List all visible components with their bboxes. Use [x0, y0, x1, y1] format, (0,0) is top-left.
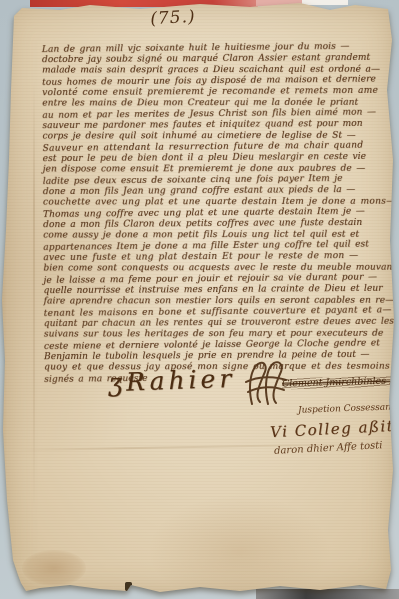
signature-witness-overwritten: Clement Jmirchbinles Boyn [282, 376, 392, 390]
manuscript-body: Lan de gran mill vjc soixante huit le hu… [42, 42, 389, 385]
ink-blot [125, 582, 132, 591]
signature-principal: ʒRahier [108, 364, 236, 397]
page-number: (75.) [138, 6, 209, 30]
manuscript-photo: (75.) Lan de gran mill vjc soixante huit… [0, 0, 399, 599]
manuscript-sheet: (75.) Lan de gran mill vjc soixante huit… [0, 0, 399, 599]
signature-witness-2: Juspetion Cossessants [298, 402, 399, 416]
signature-witness-4: daron dhier Affe tosti [274, 440, 383, 457]
bottom-left-stain [22, 550, 86, 586]
vertical-crease [33, 80, 35, 510]
signature-witness-3: Vi Colleg aßit [270, 417, 395, 441]
paper-surface: (75.) Lan de gran mill vjc soixante huit… [0, 0, 399, 599]
